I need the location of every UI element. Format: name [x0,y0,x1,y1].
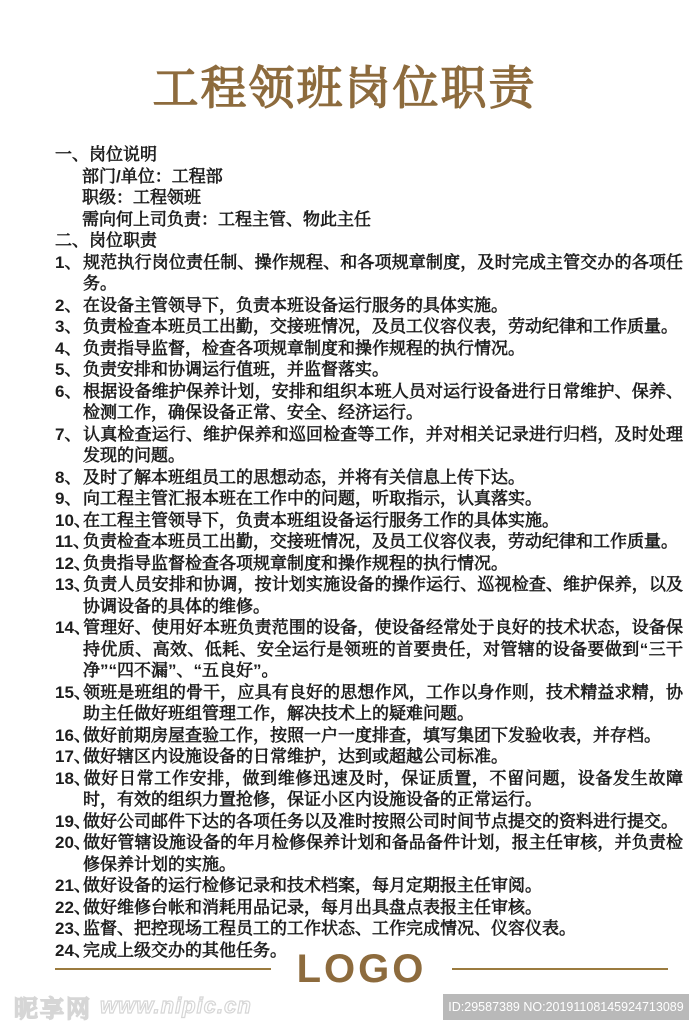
watermark-site-name: 昵享网 [14,989,92,1024]
duty-item: 23、监督、把控现场工程员工的工作状态、工作完成情况、仪容仪表。 [55,918,683,940]
duty-number: 15、 [55,682,83,704]
duty-number: 2、 [55,295,83,317]
duty-item: 22、做好维修台帐和消耗用品记录，每月出具盘点表报主任审核。 [55,897,683,919]
logo-divider-right [452,968,668,970]
duty-item: 12、负贵指导监督检查各项规章制度和操作规程的执行情况。 [55,553,683,575]
duty-number: 9、 [55,488,83,510]
duty-item: 1、规范执行岗位责任制、操作规程、和各项规章制度，及时完成主管交办的各项任务。 [55,252,683,295]
duty-text: 做好公司邮件下达的各项任务以及准时按照公司时间节点提交的资料进行提交。 [83,812,678,831]
position-info-list: 部门/单位：工程部 职级：工程领班 需向何上司负责：工程主管、物此主任 [55,166,683,231]
duty-item: 5、负责安排和协调运行值班，并监督落实。 [55,359,683,381]
duty-text: 负贵指导监督检查各项规章制度和操作规程的执行情况。 [83,554,508,573]
duty-item: 15、领班是班组的骨干，应具有良好的思想作风，工作以身作则，技术精益求精，协助主… [55,682,683,725]
duty-number: 22、 [55,897,83,919]
duty-item: 8、及时了解本班组员工的思想动态，并将有关信息上传下达。 [55,467,683,489]
duty-text: 做好日常工作安排，做到维修迅速及时，保证质置，不留问题，设备发生故障时，有效的组… [83,769,683,810]
duty-text: 认真检查运行、维护保养和巡回检查等工作，并对相关记录进行归档，及时处理发现的问题… [83,425,683,466]
duty-text: 负责安排和协调运行值班，并监督落实。 [83,360,389,379]
duty-text: 做好辖区内设施设备的日常维护，达到或超越公司标准。 [83,747,508,766]
section-two-heading: 二、岗位职责 [55,230,683,252]
duty-item: 6、根据设备维护保养计划，安排和组织本班人员对运行设备进行日常维护、保养、检测工… [55,381,683,424]
duty-number: 5、 [55,359,83,381]
duty-number: 3、 [55,316,83,338]
duty-text: 做好前期房屋查验工作，按照一户一度排查，填写集团下发验收表，并存档。 [83,726,661,745]
duty-number: 18、 [55,768,83,790]
duty-item: 19、做好公司邮件下达的各项任务以及准时按照公司时间节点提交的资料进行提交。 [55,811,683,833]
duty-number: 19、 [55,811,83,833]
stock-id-badge: ID:29587389 NO:20191108145924713089 [443,994,689,1020]
duty-text: 管理好、使用好本班负责范围的设备，使设备经常处于良好的技术状态，设备保持优质、高… [83,618,683,680]
duty-number: 13、 [55,574,83,596]
logo-placeholder: LOGO [297,947,427,991]
duty-text: 负责检查本班员工出勤，交接班情况，及员工仪容仪表，劳动纪律和工作质量。 [83,317,678,336]
position-info-line: 职级：工程领班 [55,187,683,209]
duty-number: 10、 [55,510,83,532]
watermark-site-url: www.nipic.cn [100,993,252,1019]
section-one-heading: 一、岗位说明 [55,144,683,166]
duty-item: 7、认真检查运行、维护保养和巡回检查等工作，并对相关记录进行归档，及时处理发现的… [55,424,683,467]
duty-number: 16、 [55,725,83,747]
duty-item: 16、做好前期房屋查验工作，按照一户一度排查，填写集团下发验收表，并存档。 [55,725,683,747]
duty-number: 14、 [55,617,83,639]
duty-text: 领班是班组的骨干，应具有良好的思想作风，工作以身作则，技术精益求精，协助主任做好… [83,683,683,724]
duty-item: 2、在设备主管领导下，负责本班设备运行服务的具体实施。 [55,295,683,317]
duty-number: 7、 [55,424,83,446]
duty-text: 在工程主管领导下，负责本班组设备运行服务工作的具体实施。 [83,511,559,530]
duty-number: 20、 [55,832,83,854]
duty-number: 6、 [55,381,83,403]
duty-text: 做好管辖设施设备的年月检修保养计划和备品备件计划，报主任审核，并负责检修保养计划… [83,833,683,874]
duty-item: 21、做好设备的运行检修记录和技术档案，每月定期报主任审阅。 [55,875,683,897]
duty-number: 4、 [55,338,83,360]
duty-text: 及时了解本班组员工的思想动态，并将有关信息上传下达。 [83,468,525,487]
duty-item: 20、做好管辖设施设备的年月检修保养计划和备品备件计划，报主任审核，并负责检修保… [55,832,683,875]
duty-number: 12、 [55,553,83,575]
duty-text: 做好维修台帐和消耗用品记录，每月出具盘点表报主任审核。 [83,898,542,917]
duty-item: 18、做好日常工作安排，做到维修迅速及时，保证质置，不留问题，设备发生故障时，有… [55,768,683,811]
position-info-line: 需向何上司负责：工程主管、物此主任 [55,209,683,231]
duties-list: 1、规范执行岗位责任制、操作规程、和各项规章制度，及时完成主管交办的各项任务。 … [55,252,683,962]
watermark: 昵享网 www.nipic.cn [14,992,252,1020]
duty-item: 9、向工程主管汇报本班在工作中的问题，听取指示，认真落实。 [55,488,683,510]
duty-number: 17、 [55,746,83,768]
page-title: 工程领班岗位职责 [0,62,689,114]
duty-text: 规范执行岗位责任制、操作规程、和各项规章制度，及时完成主管交办的各项任务。 [83,253,683,294]
position-info-line: 部门/单位：工程部 [55,166,683,188]
duty-text: 负责检查本班员工出勤，交接班情况，及员工仪容仪表，劳动纪律和工作质量。 [83,532,678,551]
duty-text: 负责指导监督，检查各项规章制度和操作规程的执行情况。 [83,339,525,358]
duty-item: 3、负责检查本班员工出勤，交接班情况，及员工仪容仪表，劳动纪律和工作质量。 [55,316,683,338]
duty-text: 负责人员安排和协调，按计划实施设备的操作运行、巡视检查、维护保养，以及协调设备的… [83,575,683,616]
duty-text: 在设备主管领导下，负责本班设备运行服务的具体实施。 [83,296,508,315]
duty-item: 4、负责指导监督，检查各项规章制度和操作规程的执行情况。 [55,338,683,360]
duty-text: 根据设备维护保养计划，安排和组织本班人员对运行设备进行日常维护、保养、检测工作，… [83,382,683,423]
footer-logo-row: LOGO [55,946,668,992]
duty-number: 23、 [55,918,83,940]
duty-item: 13、负责人员安排和协调，按计划实施设备的操作运行、巡视检查、维护保养，以及协调… [55,574,683,617]
duty-item: 14、管理好、使用好本班负责范围的设备，使设备经常处于良好的技术状态，设备保持优… [55,617,683,682]
logo-divider-left [55,968,271,970]
duty-text: 做好设备的运行检修记录和技术档案，每月定期报主任审阅。 [83,876,542,895]
document-body: 一、岗位说明 部门/单位：工程部 职级：工程领班 需向何上司负责：工程主管、物此… [55,144,683,961]
duty-item: 17、做好辖区内设施设备的日常维护，达到或超越公司标准。 [55,746,683,768]
duty-number: 8、 [55,467,83,489]
duty-number: 11、 [55,531,83,553]
duty-text: 监督、把控现场工程员工的工作状态、工作完成情况、仪容仪表。 [83,919,576,938]
duty-number: 21、 [55,875,83,897]
duty-item: 11、负责检查本班员工出勤，交接班情况，及员工仪容仪表，劳动纪律和工作质量。 [55,531,683,553]
duty-item: 10、在工程主管领导下，负责本班组设备运行服务工作的具体实施。 [55,510,683,532]
duty-number: 1、 [55,252,83,274]
duty-text: 向工程主管汇报本班在工作中的问题，听取指示，认真落实。 [83,489,542,508]
